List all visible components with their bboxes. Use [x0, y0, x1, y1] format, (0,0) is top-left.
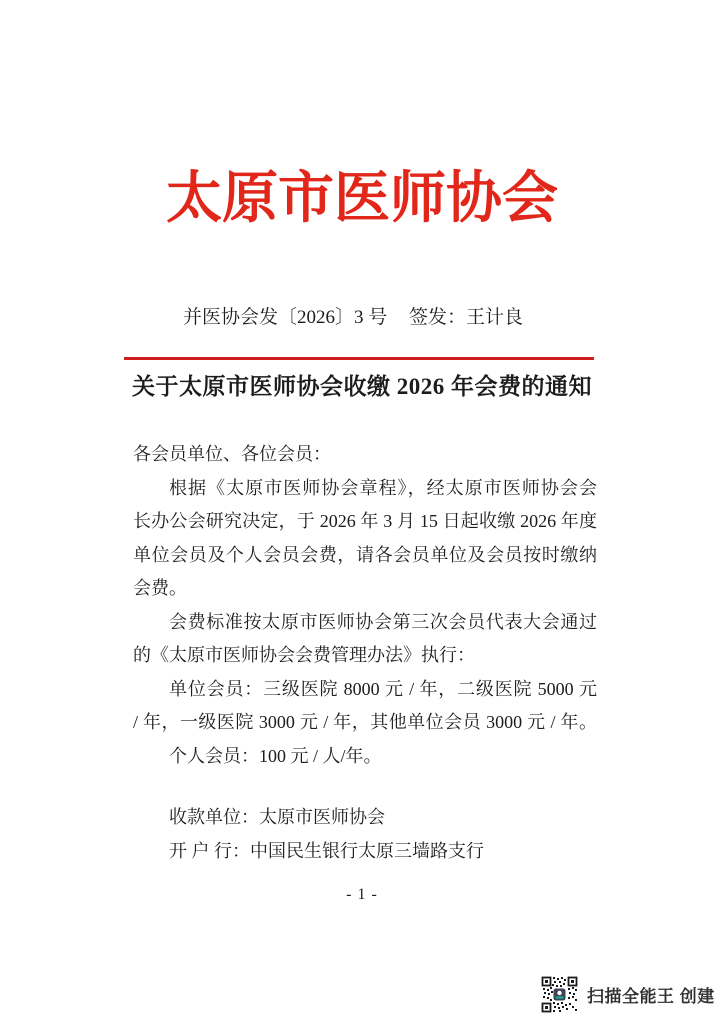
doc-meta-row: 并医协会发〔2026〕3 号 签发：王计良	[183, 306, 523, 330]
body-line: 各会员单位、各位会员：	[133, 438, 597, 472]
camscanner-qr-code-icon	[541, 976, 578, 1013]
body-paragraph: 收款单位：太原市医师协会	[133, 801, 597, 835]
body-line: 长办公会研究决定，于 2026 年 3 月 15 日起收缴 2026 年度	[133, 505, 597, 539]
body-line: 的《太原市医师协会会费管理办法》执行：	[133, 639, 597, 673]
body-line: 单位会员及个人会员会费，请各会员单位及会员按时缴纳	[133, 539, 597, 573]
scanned-document-page: 太原市医师协会 并医协会发〔2026〕3 号 签发：王计良 关于太原市医师协会收…	[0, 0, 724, 1024]
signer-label: 签发：王计良	[409, 306, 523, 330]
red-divider-rule	[124, 357, 594, 360]
body-paragraph: 个人会员：100 元 / 人/年。	[133, 740, 597, 774]
document-body: 各会员单位、各位会员：根据《太原市医师协会章程》，经太原市医师协会会长办公会研究…	[133, 438, 597, 868]
body-line: 单位会员：三级医院 8000 元 / 年，二级医院 5000 元	[133, 673, 597, 707]
body-line: 会费。	[133, 572, 597, 606]
body-line: / 年，一级医院 3000 元 / 年，其他单位会员 3000 元 / 年。	[133, 706, 597, 740]
watermark-text: 扫描全能王 创建	[587, 982, 715, 1007]
body-line: 开 户 行：中国民生银行太原三墙路支行	[133, 835, 597, 869]
body-line: 根据《太原市医师协会章程》，经太原市医师协会会	[133, 472, 597, 506]
body-paragraph: 单位会员：三级医院 8000 元 / 年，二级医院 5000 元/ 年，一级医院…	[133, 673, 597, 740]
doc-number: 并医协会发〔2026〕3 号	[183, 306, 387, 330]
body-paragraph: 各会员单位、各位会员：	[133, 438, 597, 472]
body-line: 收款单位：太原市医师协会	[133, 801, 597, 835]
body-paragraph: 开 户 行：中国民生银行太原三墙路支行	[133, 835, 597, 869]
body-paragraph: 会费标准按太原市医师协会第三次会员代表大会通过的《太原市医师协会会费管理办法》执…	[133, 606, 597, 673]
subject-title: 关于太原市医师协会收缴 2026 年会费的通知	[0, 372, 724, 402]
body-line: 会费标准按太原市医师协会第三次会员代表大会通过	[133, 606, 597, 640]
page-number: - 1 -	[0, 886, 724, 904]
body-line: 个人会员：100 元 / 人/年。	[133, 740, 597, 774]
scanner-watermark: 扫描全能王 创建	[541, 976, 715, 1013]
org-title: 太原市医师协会	[0, 166, 724, 233]
body-paragraph: 根据《太原市医师协会章程》，经太原市医师协会会长办公会研究决定，于 2026 年…	[133, 472, 597, 606]
